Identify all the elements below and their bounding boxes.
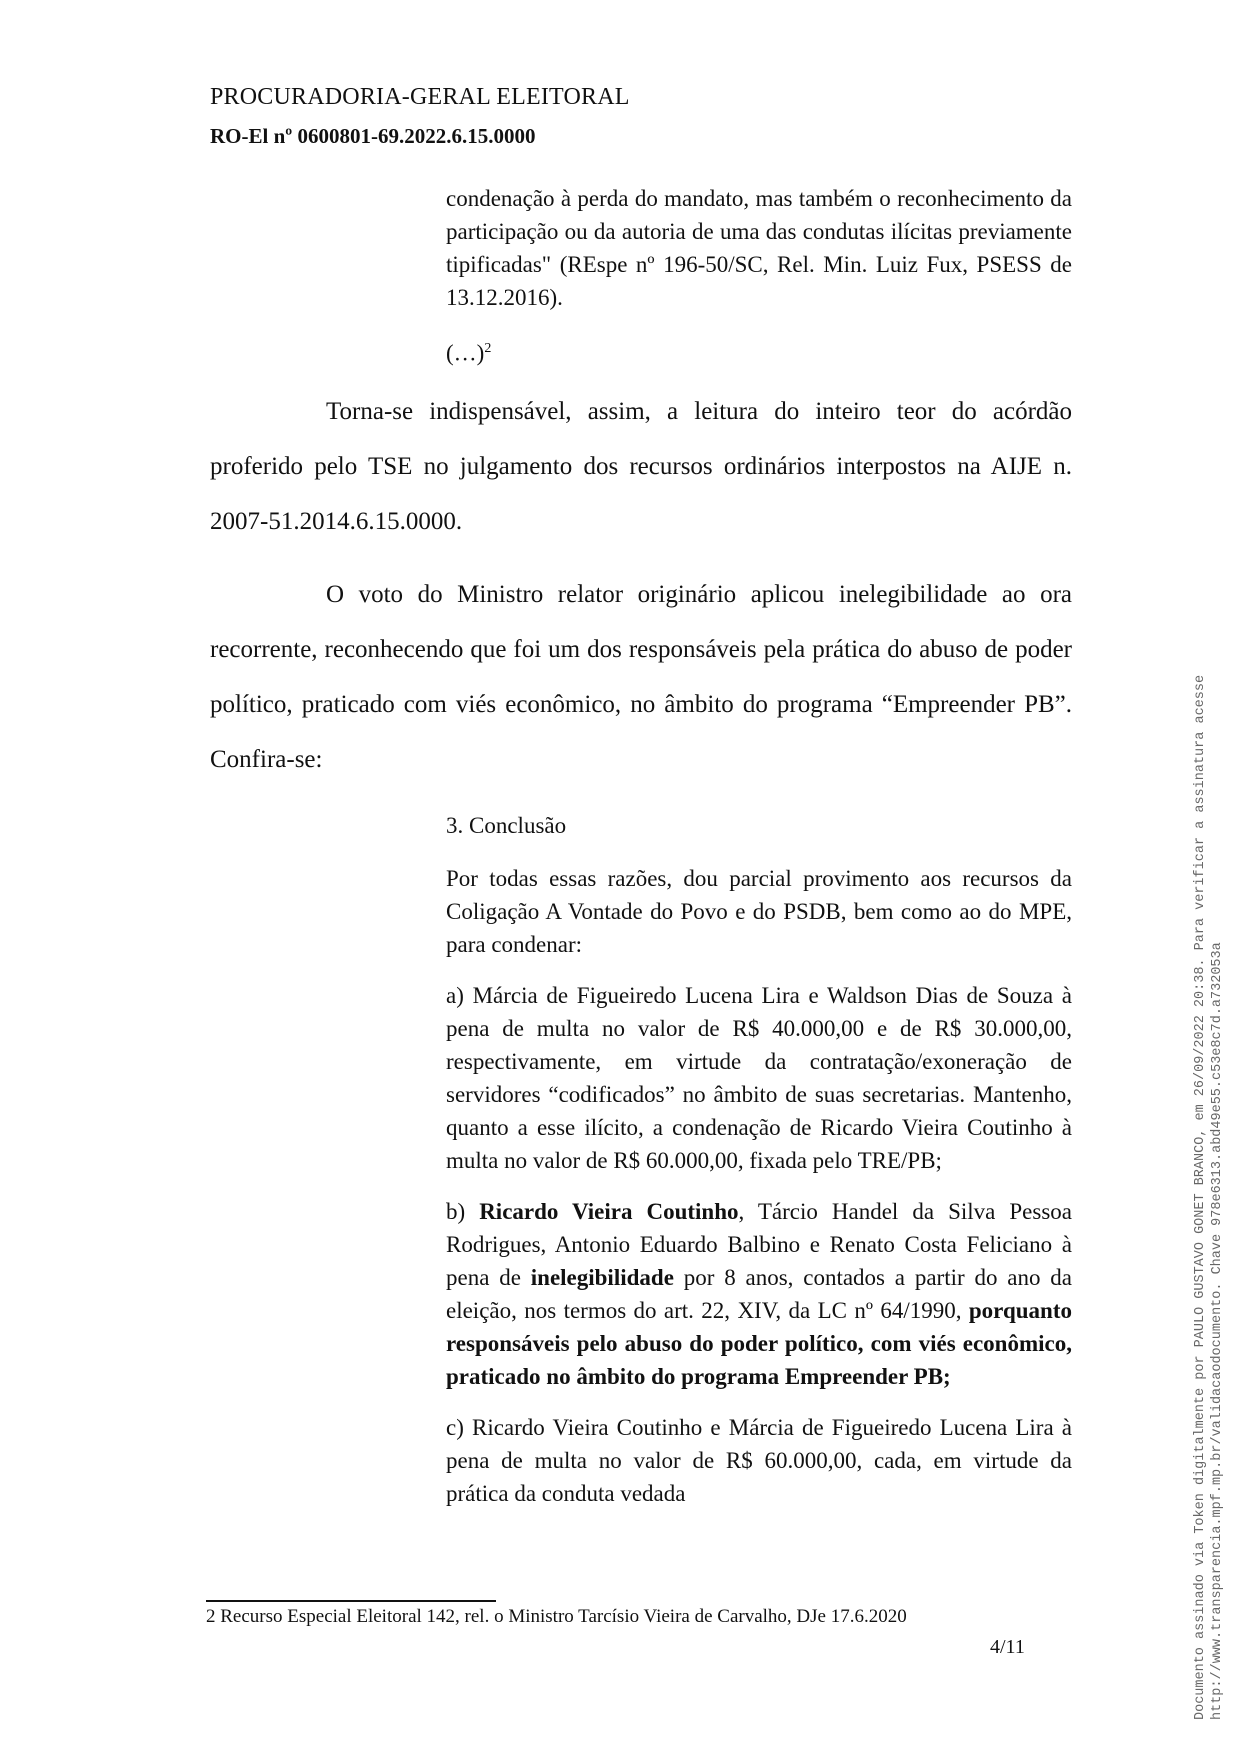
paragraph-text: Torna-se indispensável, assim, a leitura… bbox=[210, 398, 1072, 535]
item-b-prefix: b) bbox=[446, 1199, 479, 1224]
quote-intro: Por todas essas razões, dou parcial prov… bbox=[446, 862, 1072, 961]
page-number: 4/11 bbox=[990, 1636, 1025, 1659]
signature-line-2[interactable]: http://www.transparencia.mpf.mp.br/valid… bbox=[1209, 675, 1226, 1720]
block-quote-top: condenação à perda do mandato, mas també… bbox=[446, 182, 1072, 388]
paragraph-text: O voto do Ministro relator originário ap… bbox=[210, 581, 1072, 773]
item-b-name: Ricardo Vieira Coutinho bbox=[479, 1199, 738, 1224]
quote-item-c: c) Ricardo Vieira Coutinho e Márcia de F… bbox=[446, 1411, 1072, 1510]
signature-line-1: Documento assinado via Token digitalment… bbox=[1192, 675, 1209, 1720]
footnote-ref[interactable]: 2 bbox=[484, 341, 491, 356]
quote-ellipsis: (…)2 bbox=[446, 332, 1072, 370]
footnote-divider bbox=[206, 1600, 496, 1602]
ellipsis-text: (…) bbox=[446, 341, 484, 366]
header-case-number: RO-El nº 0600801-69.2022.6.15.0000 bbox=[210, 120, 630, 152]
document-header: PROCURADORIA-GERAL ELEITORAL RO-El nº 06… bbox=[210, 80, 630, 152]
quote-text: condenação à perda do mandato, mas també… bbox=[446, 182, 1072, 314]
paragraph-1: Torna-se indispensável, assim, a leitura… bbox=[210, 384, 1072, 549]
quote-item-b: b) Ricardo Vieira Coutinho, Tárcio Hande… bbox=[446, 1195, 1072, 1393]
quote-heading: 3. Conclusão bbox=[446, 809, 1072, 842]
header-organization: PROCURADORIA-GERAL ELEITORAL bbox=[210, 80, 630, 114]
signature-stamp: Documento assinado via Token digitalment… bbox=[1192, 675, 1226, 1720]
footnote: 2 Recurso Especial Eleitoral 142, rel. o… bbox=[206, 1604, 907, 1630]
paragraph-2: O voto do Ministro relator originário ap… bbox=[210, 567, 1072, 787]
quote-item-a: a) Márcia de Figueiredo Lucena Lira e Wa… bbox=[446, 979, 1072, 1177]
item-b-penalty: inelegibilidade bbox=[531, 1265, 674, 1290]
block-quote-main: 3. Conclusão Por todas essas razões, dou… bbox=[446, 809, 1072, 1528]
